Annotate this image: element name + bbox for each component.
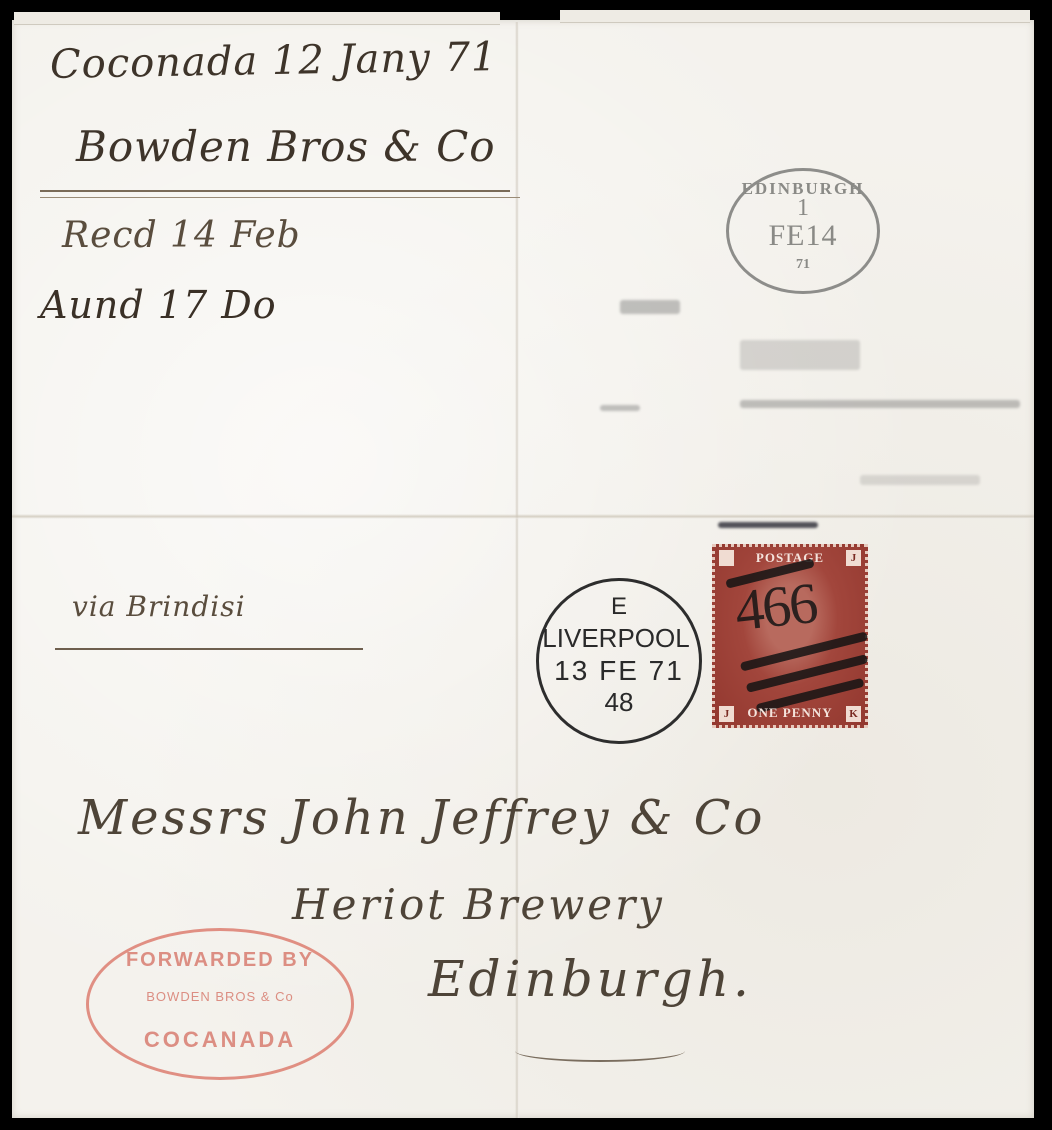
top-flap-left — [14, 12, 500, 25]
offset-mark — [740, 400, 1020, 408]
liverpool-postmark: E LIVERPOOL 13 FE 71 48 — [536, 578, 702, 744]
offset-mark — [620, 300, 680, 314]
cachet-line-2: BOWDEN BROS & Co — [89, 989, 351, 1004]
top-flap-right — [560, 10, 1030, 23]
address-line-2: Heriot Brewery — [292, 880, 665, 929]
liverpool-postmark-town: LIVERPOOL — [533, 623, 699, 654]
cachet-line-1: FORWARDED BY — [89, 949, 351, 972]
stamp-corner-bottom-left: J — [719, 706, 734, 722]
stamp-corner-bottom-right: K — [846, 706, 861, 722]
docket-received: Recd 14 Feb — [62, 215, 301, 256]
stamp-bottom-label: ONE PENNY — [737, 705, 843, 721]
docket-sender: Bowden Bros & Co — [76, 122, 496, 171]
route-note-underline — [55, 648, 363, 650]
route-note: via Brindisi — [72, 590, 246, 623]
docket-origin: Coconada 12 Jany 71 — [50, 34, 498, 88]
stamp-corner-top-left — [719, 550, 734, 566]
docket-rule-2 — [40, 197, 520, 198]
docket-answered: Aund 17 Do — [40, 283, 277, 327]
stamp-corner-top-right: J — [846, 550, 861, 566]
edinburgh-postmark-date: FE14 — [729, 219, 877, 253]
liverpool-postmark-date: 13 FE 71 — [539, 655, 699, 687]
liverpool-postmark-letter: E — [539, 593, 699, 621]
horizontal-fold — [12, 514, 1034, 519]
offset-mark — [860, 475, 980, 485]
offset-mark — [740, 340, 860, 370]
offset-mark — [600, 405, 640, 411]
offset-mark — [718, 522, 818, 528]
edinburgh-postmark-number: 1 — [729, 195, 877, 222]
cachet-line-3: COCANADA — [89, 1027, 351, 1053]
forwarder-cachet: FORWARDED BY BOWDEN BROS & Co COCANADA — [86, 928, 354, 1080]
edinburgh-postmark-year: 71 — [729, 257, 877, 273]
liverpool-postmark-code: 48 — [539, 687, 699, 718]
address-flourish — [515, 1040, 685, 1062]
address-line-3: Edinburgh. — [428, 950, 753, 1008]
penny-red-stamp: J POSTAGE 466 J K ONE PENNY — [712, 544, 868, 728]
address-line-1: Messrs John Jeffrey & Co — [78, 790, 765, 846]
docket-rule — [40, 190, 510, 192]
edinburgh-postmark: EDINBURGH 1 FE14 71 — [726, 168, 880, 294]
